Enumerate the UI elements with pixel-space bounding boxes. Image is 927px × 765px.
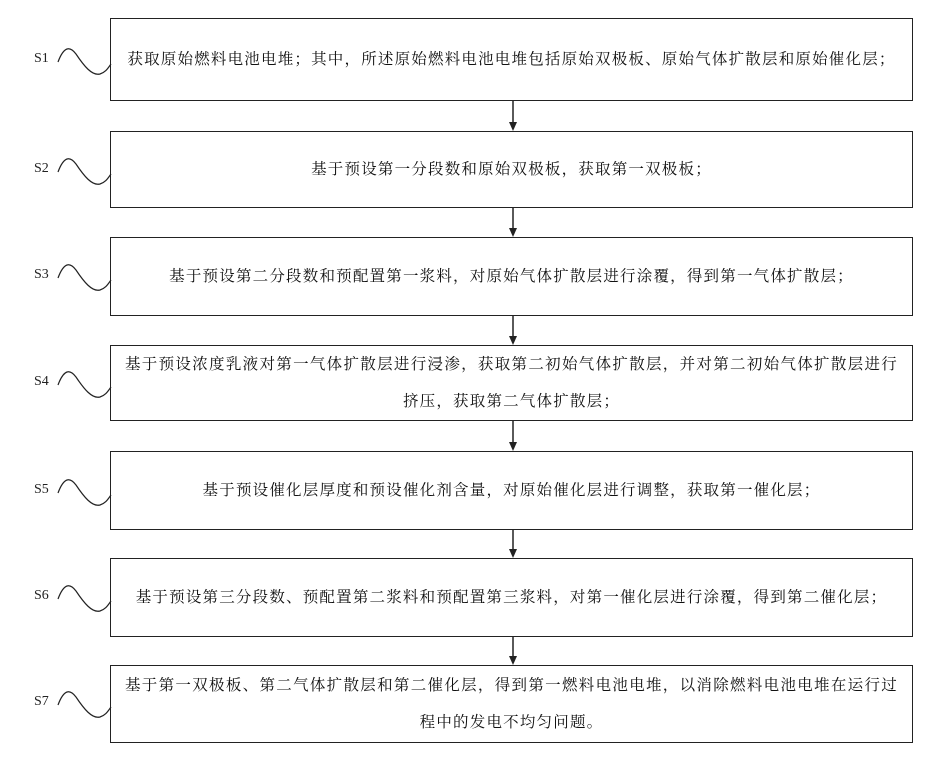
leader-wave-icon-s1 (56, 44, 112, 80)
leader-wave-icon-s5 (56, 475, 112, 511)
step-label-s1: S1 (34, 51, 49, 67)
step-text-s4: 基于预设浓度乳液对第一气体扩散层进行浸渗，获取第二初始气体扩散层，并对第二初始气… (125, 346, 898, 420)
leader-wave-icon-s2 (56, 154, 112, 190)
step-box-s3: 基于预设第二分段数和预配置第一浆料，对原始气体扩散层进行涂覆，得到第一气体扩散层… (110, 237, 913, 316)
step-label-s6: S6 (34, 588, 49, 604)
step-text-s6: 基于预设第三分段数、预配置第二浆料和预配置第三浆料，对第一催化层进行涂覆，得到第… (125, 579, 898, 616)
step-label-s4: S4 (34, 374, 49, 390)
arrow-down-icon-s1-s2 (508, 101, 518, 131)
step-text-s1: 获取原始燃料电池电堆；其中，所述原始燃料电池电堆包括原始双极板、原始气体扩散层和… (125, 41, 898, 78)
arrow-down-icon-s2-s3 (508, 208, 518, 237)
arrow-down-icon-s4-s5 (508, 421, 518, 451)
leader-wave-icon-s3 (56, 260, 112, 296)
step-label-s5: S5 (34, 482, 49, 498)
step-text-s5: 基于预设催化层厚度和预设催化剂含量，对原始催化层进行调整，获取第一催化层； (125, 472, 898, 509)
arrow-down-icon-s5-s6 (508, 530, 518, 558)
step-box-s6: 基于预设第三分段数、预配置第二浆料和预配置第三浆料，对第一催化层进行涂覆，得到第… (110, 558, 913, 637)
step-label-s2: S2 (34, 161, 49, 177)
step-text-s7: 基于第一双极板、第二气体扩散层和第二催化层，得到第一燃料电池电堆，以消除燃料电池… (125, 667, 898, 741)
step-box-s1: 获取原始燃料电池电堆；其中，所述原始燃料电池电堆包括原始双极板、原始气体扩散层和… (110, 18, 913, 101)
leader-wave-icon-s7 (56, 687, 112, 723)
arrow-down-icon-s3-s4 (508, 316, 518, 345)
leader-wave-icon-s4 (56, 367, 112, 403)
leader-wave-icon-s6 (56, 581, 112, 617)
arrow-down-icon-s6-s7 (508, 637, 518, 665)
step-box-s2: 基于预设第一分段数和原始双极板，获取第一双极板； (110, 131, 913, 208)
step-label-s3: S3 (34, 267, 49, 283)
step-box-s7: 基于第一双极板、第二气体扩散层和第二催化层，得到第一燃料电池电堆，以消除燃料电池… (110, 665, 913, 743)
step-box-s5: 基于预设催化层厚度和预设催化剂含量，对原始催化层进行调整，获取第一催化层； (110, 451, 913, 530)
step-box-s4: 基于预设浓度乳液对第一气体扩散层进行浸渗，获取第二初始气体扩散层，并对第二初始气… (110, 345, 913, 421)
step-text-s3: 基于预设第二分段数和预配置第一浆料，对原始气体扩散层进行涂覆，得到第一气体扩散层… (125, 258, 898, 295)
step-text-s2: 基于预设第一分段数和原始双极板，获取第一双极板； (125, 151, 898, 188)
step-label-s7: S7 (34, 694, 49, 710)
